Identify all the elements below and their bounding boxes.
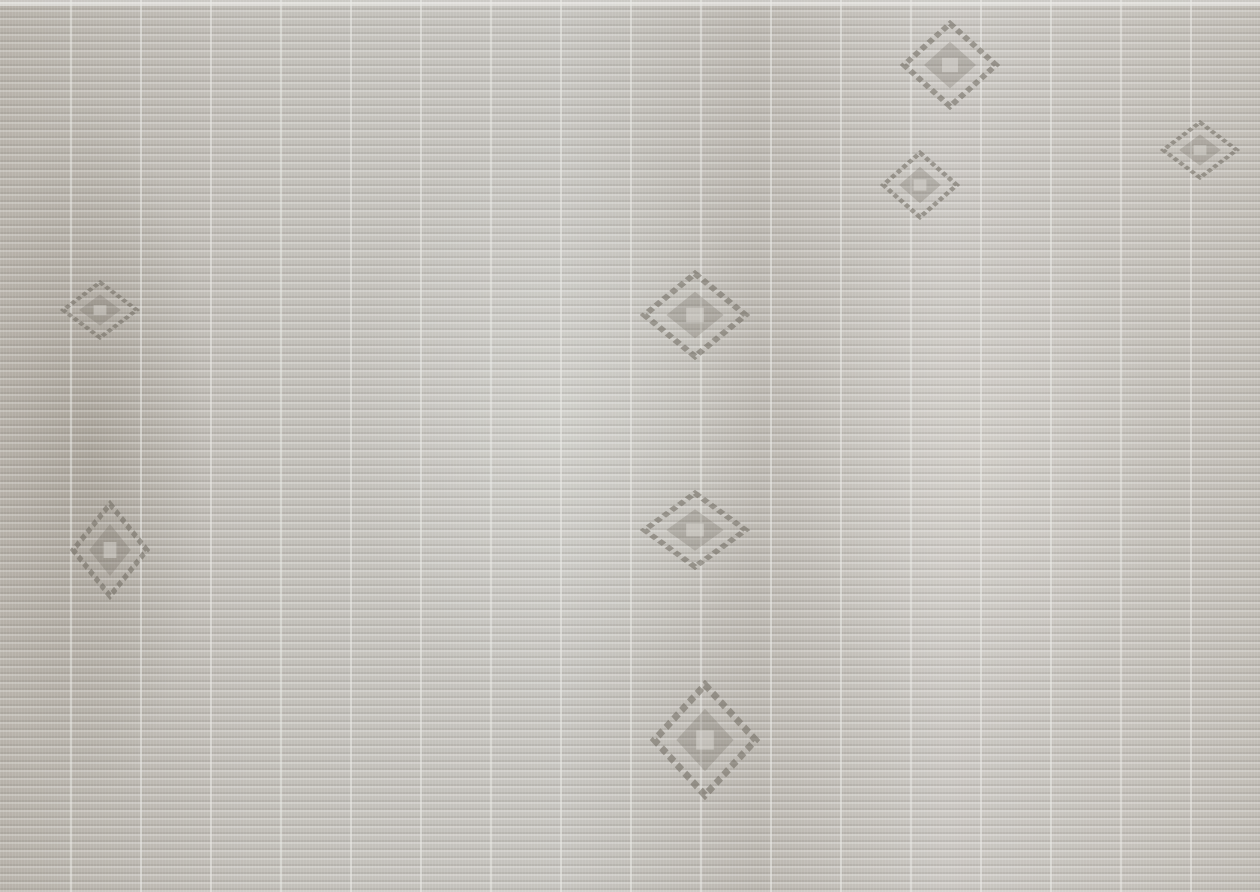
diamond-motif [640, 490, 750, 570]
strip-seam [980, 0, 982, 892]
diamond-motif [60, 280, 140, 340]
strip-seam [630, 0, 632, 892]
diamond-motif [900, 20, 1000, 110]
diamond-motif [640, 270, 750, 360]
strip-seam [280, 0, 282, 892]
diamond-motif [880, 150, 960, 220]
strip-seam [210, 0, 212, 892]
strip-seam [840, 0, 842, 892]
strip-seam [350, 0, 352, 892]
strip-seam [910, 0, 912, 892]
diamond-motif [1160, 120, 1240, 180]
strip-seam [420, 0, 422, 892]
strip-seam [1050, 0, 1052, 892]
diamond-motif [70, 500, 150, 600]
strip-seam [1120, 0, 1122, 892]
strip-seam [140, 0, 142, 892]
rug-texture-image [0, 0, 1260, 892]
strip-seam [560, 0, 562, 892]
strip-seam [770, 0, 772, 892]
strip-seam [490, 0, 492, 892]
diamond-motif [650, 680, 760, 800]
strip-seam [70, 0, 72, 892]
